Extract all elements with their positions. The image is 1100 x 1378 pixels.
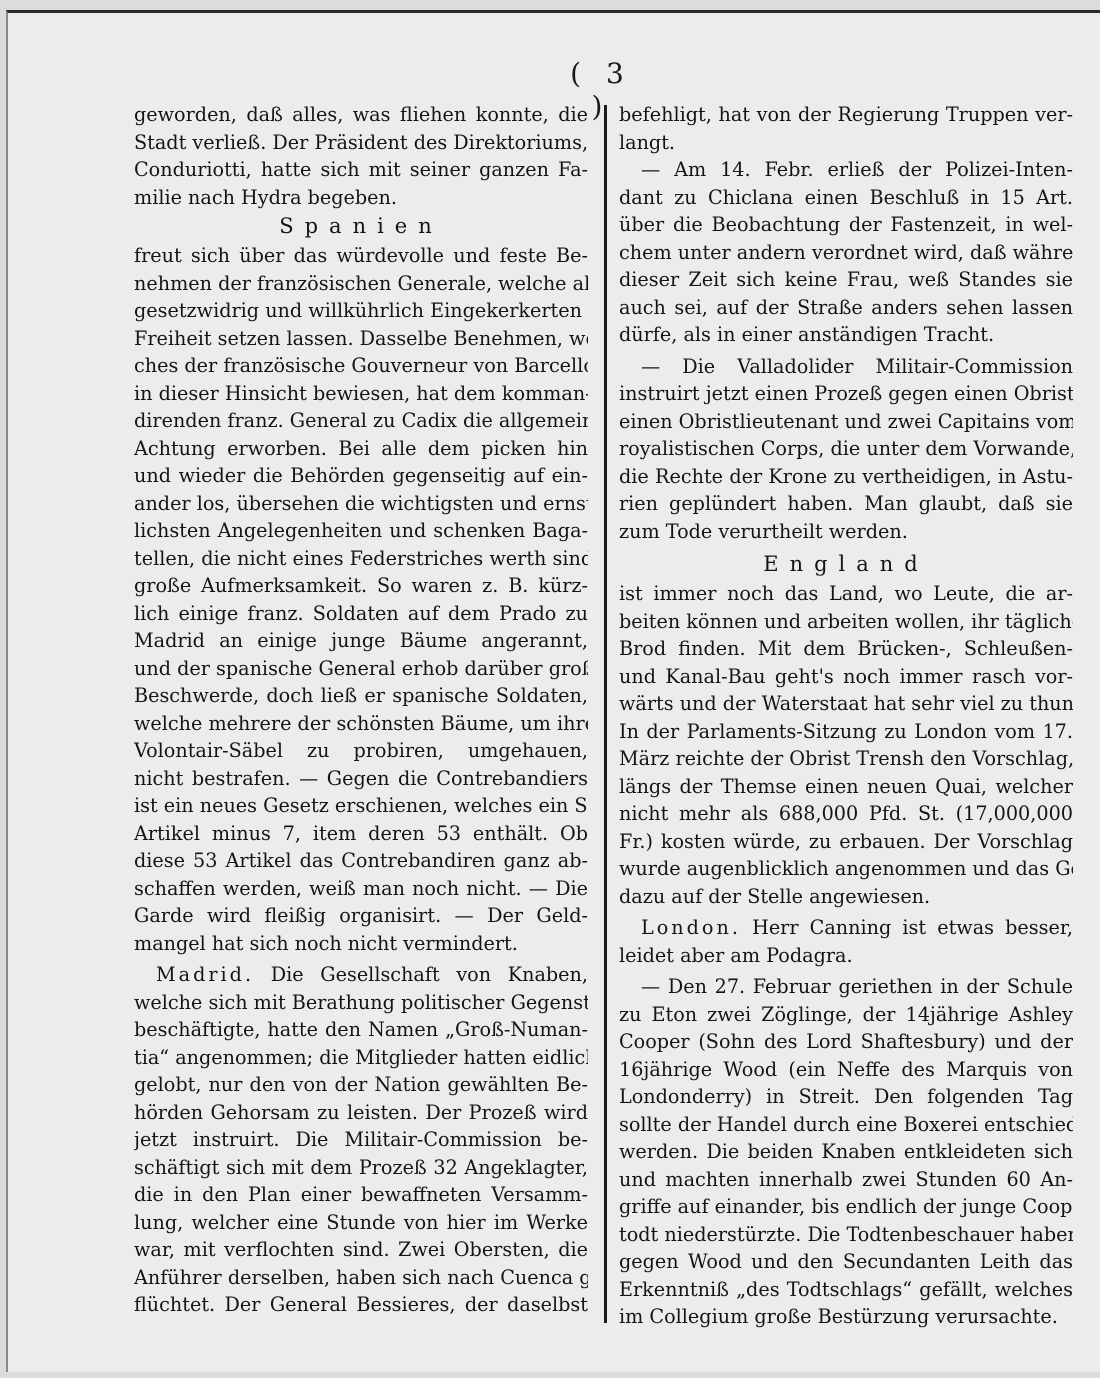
text-line: nehmen der französischen Generale, welch…	[134, 270, 588, 298]
text-line: wärts und der Waterstaat hat sehr viel z…	[619, 690, 1073, 718]
text-line: tellen, die nicht eines Federstriches we…	[134, 545, 588, 573]
text-line: Madrid an einige junge Bäume angerannt,	[134, 627, 588, 655]
text-line: mangel hat sich noch nicht vermindert.	[134, 930, 588, 958]
text-line: royalistischen Corps, die unter dem Vorw…	[619, 435, 1073, 463]
text-line: in dieser Hinsicht bewiesen, hat dem kom…	[134, 380, 588, 408]
left-column: geworden, daß alles, was fliehen konnte,…	[134, 101, 588, 1319]
text-line: lichsten Angelegenheiten und schenken Ba…	[134, 517, 588, 545]
text-line: schäftigt sich mit dem Prozeß 32 Angekla…	[134, 1154, 588, 1182]
text-line: beschäftigte, hatte den Namen „Groß-Numa…	[134, 1016, 588, 1044]
text-line: direnden franz. General zu Cadix die all…	[134, 407, 588, 435]
dateline-madrid: Madrid.	[156, 963, 254, 986]
column-rule	[604, 105, 607, 1323]
text-line: leidet aber am Podagra.	[619, 942, 1073, 970]
text-line: wurde augenblicklich angenommen und das …	[619, 855, 1073, 883]
text-line: Cooper (Sohn des Lord Shaftesbury) und d…	[619, 1028, 1073, 1056]
london-paragraph-first-line: London. Herr Canning ist etwas besser,	[619, 914, 1073, 942]
text-line: dürfe, als in einer anständigen Tracht.	[619, 321, 1073, 349]
text-line: ches der französische Gouverneur von Bar…	[134, 352, 588, 380]
text-line: im Collegium große Bestürzung verursacht…	[619, 1303, 1073, 1331]
text-line: Garde wird fleißig organisirt. — Der Gel…	[134, 902, 588, 930]
section-heading-spanien: Spanien	[134, 211, 588, 242]
text-line: Brod finden. Mit dem Brücken-, Schleußen…	[619, 635, 1073, 663]
text-run: Herr Canning ist etwas besser,	[752, 916, 1073, 939]
text-line: Beschwerde, doch ließ er spanische Solda…	[134, 682, 588, 710]
text-line: griffe auf einander, bis endlich der jun…	[619, 1193, 1073, 1221]
text-line: dieser Zeit sich keine Frau, weß Standes…	[619, 266, 1073, 294]
text-line: die in den Plan einer bewaffneten Versam…	[134, 1181, 588, 1209]
text-line: zu Eton zwei Zöglinge, der 14jährige Ash…	[619, 1001, 1073, 1029]
text-line: 16jährige Wood (ein Neffe des Marquis vo…	[619, 1056, 1073, 1084]
text-line: geworden, daß alles, was fliehen konnte,…	[134, 101, 588, 129]
text-line: gelobt, nur den von der Nation gewählten…	[134, 1071, 588, 1099]
text-line: Conduriotti, hatte sich mit seiner ganze…	[134, 156, 588, 184]
text-line: die Rechte der Krone zu vertheidigen, in…	[619, 463, 1073, 491]
text-line: langt.	[619, 129, 1073, 157]
text-line: und machten innerhalb zwei Stunden 60 An…	[619, 1166, 1073, 1194]
text-line: zum Tode verurtheilt werden.	[619, 518, 1073, 546]
text-line: rien geplündert haben. Man glaubt, daß s…	[619, 490, 1073, 518]
text-line: sollte der Handel durch eine Boxerei ent…	[619, 1111, 1073, 1139]
text-line: gegen Wood und den Secundanten Leith das	[619, 1248, 1073, 1276]
text-line: milie nach Hydra begeben.	[134, 184, 588, 212]
text-line: Freiheit setzen lassen. Dasselbe Benehme…	[134, 325, 588, 353]
right-column: befehligt, hat von der Regierung Truppen…	[619, 101, 1073, 1331]
text-line: In der Parlaments-Sitzung zu London vom …	[619, 718, 1073, 746]
text-line: über die Beobachtung der Fastenzeit, in …	[619, 211, 1073, 239]
text-line: welche sich mit Berathung politischer Ge…	[134, 989, 588, 1017]
text-line: war, mit verflochten sind. Zwei Obersten…	[134, 1236, 588, 1264]
text-line: nicht mehr als 688,000 Pfd. St. (17,000,…	[619, 800, 1073, 828]
text-line: freut sich über das würdevolle und feste…	[134, 242, 588, 270]
text-line: — Den 27. Februar geriethen in der Schul…	[619, 973, 1073, 1001]
text-line: beiten können und arbeiten wollen, ihr t…	[619, 608, 1073, 636]
text-line: jetzt instruirt. Die Militair-Commission…	[134, 1126, 588, 1154]
section-heading-england: England	[619, 549, 1073, 580]
text-line: Erkenntniß „des Todtschlags“ gefällt, we…	[619, 1276, 1073, 1304]
text-line: und Kanal-Bau geht's noch immer rasch vo…	[619, 663, 1073, 691]
text-line: März reichte der Obrist Trensh den Vorsc…	[619, 745, 1073, 773]
text-line: gesetzwidrig und willkührlich Eingekerke…	[134, 297, 588, 325]
text-line: und wieder die Behörden gegenseitig auf …	[134, 462, 588, 490]
text-line: ander los, übersehen die wichtigsten und…	[134, 490, 588, 518]
text-line: ist immer noch das Land, wo Leute, die a…	[619, 580, 1073, 608]
text-line: Anführer derselben, haben sich nach Cuen…	[134, 1264, 588, 1292]
text-line: ist ein neues Gesetz erschienen, welches…	[134, 792, 588, 820]
text-line: einen Obristlieutenant und zwei Capitain…	[619, 408, 1073, 436]
text-line: schaffen werden, weiß man noch nicht. — …	[134, 875, 588, 903]
text-line: dazu auf der Stelle angewiesen.	[619, 883, 1073, 911]
text-line: Londonderry) in Streit. Den folgenden Ta…	[619, 1083, 1073, 1111]
text-line: nicht bestrafen. — Gegen die Contrebandi…	[134, 765, 588, 793]
text-line: längs der Themse einen neuen Quai, welch…	[619, 773, 1073, 801]
text-line: flüchtet. Der General Bessieres, der das…	[134, 1291, 588, 1319]
madrid-paragraph-first-line: Madrid. Die Gesellschaft von Knaben,	[134, 961, 588, 989]
text-line: lich einige franz. Soldaten auf dem Prad…	[134, 600, 588, 628]
text-line: befehligt, hat von der Regierung Truppen…	[619, 101, 1073, 129]
text-line: instruirt jetzt einen Prozeß gegen einen…	[619, 380, 1073, 408]
text-line: Achtung erworben. Bei alle dem picken hi…	[134, 435, 588, 463]
text-line: — Am 14. Febr. erließ der Polizei-Inten-	[619, 156, 1073, 184]
text-line: dant zu Chiclana einen Beschluß in 15 Ar…	[619, 184, 1073, 212]
text-run: Die Gesellschaft von Knaben,	[271, 963, 588, 986]
text-line: Artikel minus 7, item deren 53 enthält. …	[134, 820, 588, 848]
text-line: diese 53 Artikel das Contrebandiren ganz…	[134, 847, 588, 875]
text-line: Volontair-Säbel zu probiren, umgehauen,	[134, 737, 588, 765]
text-line: lung, welcher eine Stunde von hier im We…	[134, 1209, 588, 1237]
dateline-london: London.	[641, 916, 741, 939]
newspaper-page: ( 3 ) geworden, daß alles, was fliehen k…	[6, 10, 1100, 1372]
text-line: hörden Gehorsam zu leisten. Der Prozeß w…	[134, 1099, 588, 1127]
text-line: Stadt verließ. Der Präsident des Direkto…	[134, 129, 588, 157]
text-line: und der spanische General erhob darüber …	[134, 655, 588, 683]
text-line: große Aufmerksamkeit. So waren z. B. kür…	[134, 572, 588, 600]
text-line: chem unter andern verordnet wird, daß wä…	[619, 239, 1073, 267]
text-line: Fr.) kosten würde, zu erbauen. Der Vorsc…	[619, 828, 1073, 856]
text-line: welche mehrere der schönsten Bäume, um i…	[134, 710, 588, 738]
text-line: werden. Die beiden Knaben entkleideten s…	[619, 1138, 1073, 1166]
text-line: todt niederstürzte. Die Todtenbeschauer …	[619, 1221, 1073, 1249]
text-line: auch sei, auf der Straße anders sehen la…	[619, 294, 1073, 322]
text-line: tia“ angenommen; die Mitglieder hatten e…	[134, 1044, 588, 1072]
text-line: — Die Valladolider Militair-Commission	[619, 353, 1073, 381]
